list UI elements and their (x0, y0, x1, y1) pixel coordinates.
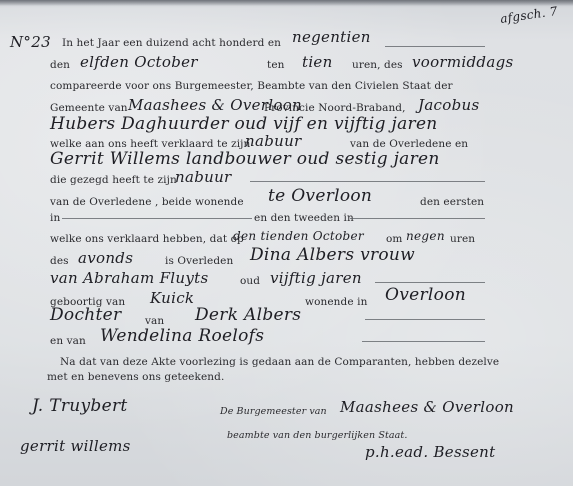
deceased-name: Dina Albers vrouw (250, 245, 415, 265)
residence-handwritten: te Overloon (268, 186, 372, 206)
declarant1-relation: nabuur (245, 132, 302, 150)
voorlezing-text: Na dat van deze Akte voorlezing is gedaa… (60, 356, 499, 368)
beambte-label: beambte van den burgerlijken Staat. (227, 430, 407, 441)
is-overleden-label: is Overleden (165, 255, 233, 267)
scan-top-edge (0, 0, 573, 6)
uren-des-label: uren, des (352, 59, 403, 71)
date-handwritten: elfden October (80, 53, 198, 71)
residence-place: Overloon (385, 285, 466, 305)
year-handwritten: negentien (292, 28, 371, 46)
den-eersten-label: den eersten (420, 196, 484, 208)
geteekend-text: met en benevens ons geteekend. (47, 371, 224, 383)
burgemeester-label: De Burgemeester van (220, 406, 327, 417)
oud-label: oud (240, 275, 260, 287)
fill-line (62, 218, 252, 219)
den-tweeden-label: en den tweeden in (254, 212, 354, 224)
year-intro-text: In het Jaar een duizend acht honderd en (62, 37, 281, 49)
hour-handwritten: tien (302, 53, 333, 71)
day-part-handwritten: voormiddags (412, 53, 513, 71)
fill-line (385, 46, 485, 47)
death-day-part: avonds (78, 249, 133, 267)
record-number: N°23 (10, 33, 51, 51)
beide-wonende-label: van de Overledene , beide wonende (50, 196, 244, 208)
en-van-label: en van (50, 335, 86, 347)
ten-label: ten (267, 59, 285, 71)
witness2-signature: gerrit willems (20, 437, 131, 455)
relationship-handwritten: Dochter (50, 305, 121, 325)
des-label: des (50, 255, 69, 267)
mayor-signature: p.h.ead. Bessent (365, 443, 495, 461)
wonende-in-label: wonende in (305, 296, 367, 308)
declarant1-details: Hubers Daghuurder oud vijf en vijftig ja… (50, 114, 438, 134)
om-label: om (386, 233, 402, 245)
den-label: den (50, 59, 70, 71)
birthplace-handwritten: Kuick (150, 289, 194, 307)
fill-line (362, 341, 485, 342)
fill-line (365, 319, 485, 320)
declarant2-details: Gerrit Willems landbouwer oud sestig jar… (50, 149, 440, 169)
provincie-label: Provincie Noord-Braband, (264, 102, 406, 114)
fill-line (375, 282, 485, 283)
gezegd-label: die gezegd heeft te zijn (50, 174, 177, 186)
fill-line (250, 181, 485, 182)
gemeente-label: Gemeente van (50, 102, 128, 114)
civil-death-record-page: afgsch. 7 N°23 In het Jaar een duizend a… (0, 0, 573, 486)
witness1-signature: J. Truybert (32, 396, 128, 416)
deceased-age: vijftig jaren (270, 269, 362, 287)
mother-name: Wendelina Roelofs (100, 326, 264, 346)
verklaard-hebben-label: welke ons verklaard hebben, dat op (50, 233, 244, 245)
death-hour-handwritten: negen (406, 229, 445, 243)
in-label: in (50, 212, 60, 224)
deceased-spouse: van Abraham Fluyts (50, 269, 208, 287)
compareerde-text: compareerde voor ons Burgemeester, Beamb… (50, 80, 453, 92)
uren-label: uren (450, 233, 475, 245)
mayor-municipality-signature: Maashees & Overloon (340, 398, 514, 416)
corner-annotation: afgsch. 7 (499, 4, 558, 26)
death-date-handwritten: den tienden October (233, 229, 364, 243)
declarant1-first-name: Jacobus (418, 96, 479, 114)
fill-line (350, 218, 485, 219)
father-name: Derk Albers (195, 305, 301, 325)
declarant2-relation: nabuur (175, 168, 232, 186)
